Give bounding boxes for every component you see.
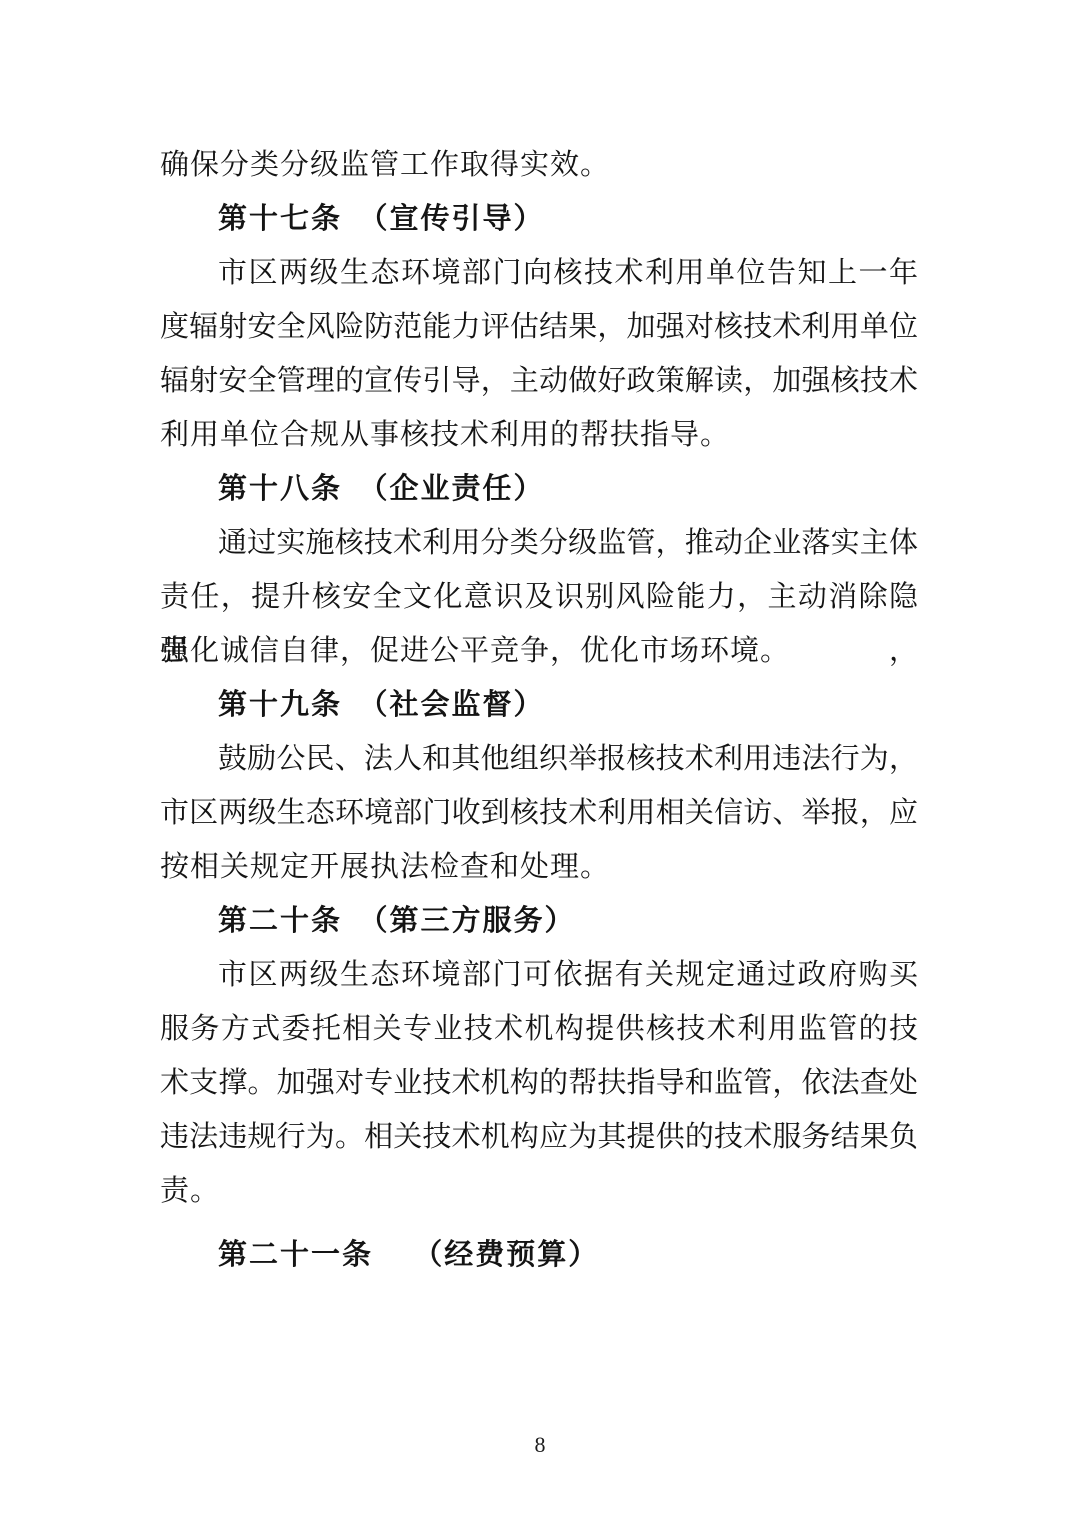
- body-text-line: 市区两级生态环境部门向核技术利用单位告知上一年: [160, 246, 918, 300]
- body-text-line: 市区两级生态环境部门收到核技术利用相关信访、举报，应: [160, 786, 918, 840]
- body-text-line: 度辐射安全风险防范能力评估结果，加强对核技术利用单位: [160, 300, 918, 354]
- body-text-line: 辐射安全管理的宣传引导，主动做好政策解读，加强核技术: [160, 354, 918, 408]
- body-text-line: 市区两级生态环境部门可依据有关规定通过政府购买: [160, 948, 918, 1002]
- article-heading: 第十八条 （企业责任）: [160, 462, 918, 516]
- document-page: 确保分类分级监管工作取得实效。第十七条 （宣传引导）市区两级生态环境部门向核技术…: [0, 0, 1080, 1527]
- body-text-line: 鼓励公民、法人和其他组织举报核技术利用违法行为，: [160, 732, 918, 786]
- body-text-line: 利用单位合规从事核技术利用的帮扶指导。: [160, 408, 918, 462]
- body-text-line: 责。: [160, 1164, 918, 1218]
- body-text-line: 确保分类分级监管工作取得实效。: [160, 138, 918, 192]
- body-text-line: 术支撑。加强对专业技术机构的帮扶指导和监管，依法查处: [160, 1056, 918, 1110]
- article-heading: 第二十一条 （经费预算）: [160, 1228, 918, 1282]
- body-text-line: 通过实施核技术利用分类分级监管，推动企业落实主体: [160, 516, 918, 570]
- body-text-line: 服务方式委托相关专业技术机构提供核技术利用监管的技: [160, 1002, 918, 1056]
- body-text-line: 违法违规行为。相关技术机构应为其提供的技术服务结果负: [160, 1110, 918, 1164]
- article-heading: 第二十条 （第三方服务）: [160, 894, 918, 948]
- article-heading: 第十九条 （社会监督）: [160, 678, 918, 732]
- text-block: 确保分类分级监管工作取得实效。第十七条 （宣传引导）市区两级生态环境部门向核技术…: [160, 138, 918, 1282]
- body-text-line: 责任，提升核安全文化意识及识别风险能力，主动消除隐患，: [160, 570, 918, 624]
- body-text-line: 按相关规定开展执法检查和处理。: [160, 840, 918, 894]
- page-number: 8: [0, 1430, 1080, 1460]
- article-heading: 第十七条 （宣传引导）: [160, 192, 918, 246]
